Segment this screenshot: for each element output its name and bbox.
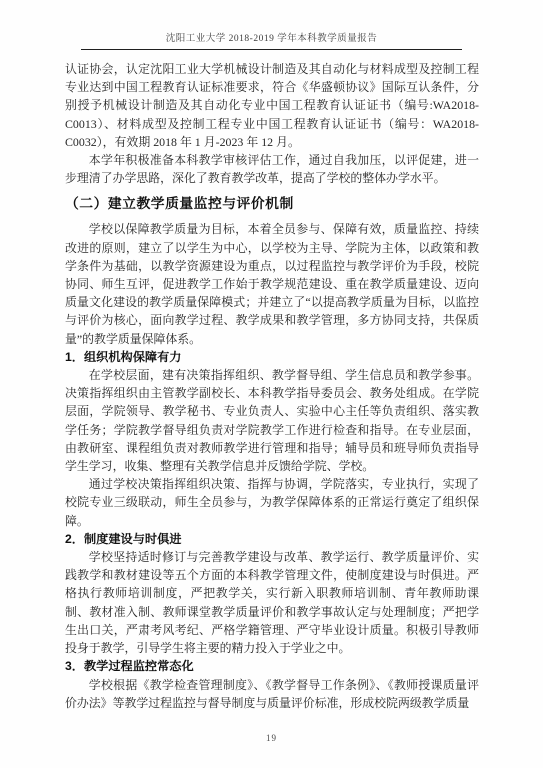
section-heading-quality-monitoring: （二）建立教学质量监控与评价机制 — [65, 194, 479, 214]
page-number: 19 — [0, 733, 543, 743]
document-page: 沈阳工业大学 2018-2019 学年本科教学质量报告 认证协会，认定沈阳工业大… — [0, 0, 543, 768]
paragraph-evaluation-preparation: 本学年积极准备本科教学审核评估工作，通过自我加压，以评促建，进一步理清了办学思路… — [65, 151, 479, 187]
subheading-organization-safeguard: 1．组织机构保障有力 — [65, 348, 479, 366]
document-body: 认证协会，认定沈阳工业大学机械设计制造及其自动化与材料成型及控制工程专业达到中国… — [65, 60, 479, 712]
subheading-institution-building: 2．制度建设与时俱进 — [65, 530, 479, 548]
header-divider — [81, 49, 462, 50]
paragraph-institution-details: 学校坚持适时修订与完善教学建设与改革、教学运行、教学质量评价、实践教学和教材建设… — [65, 548, 479, 657]
paragraph-certification-continued: 认证协会，认定沈阳工业大学机械设计制造及其自动化与材料成型及控制工程专业达到中国… — [65, 60, 479, 151]
paragraph-organization-levels: 在学校层面，建有决策指挥组织、教学督导组、学生信息员和教学参事。决策指挥组织由主… — [65, 366, 479, 475]
page-header-title: 沈阳工业大学 2018-2019 学年本科教学质量报告 — [0, 0, 543, 45]
paragraph-monitoring-standards: 学校根据《教学检查管理制度》、《教学督导工作条例》、《教师授课质量评价办法》等教… — [65, 676, 479, 712]
subheading-process-monitoring: 3．教学过程监控常态化 — [65, 657, 479, 675]
paragraph-three-level-linkage: 通过学校决策指挥组织决策、指挥与协调，学院落实，专业执行，实现了校院专业三级联动… — [65, 475, 479, 530]
paragraph-quality-assurance-system: 学校以保障教学质量为目标，本着全员参与、保障有效，质量监控、持续改进的原则，建立… — [65, 220, 479, 347]
